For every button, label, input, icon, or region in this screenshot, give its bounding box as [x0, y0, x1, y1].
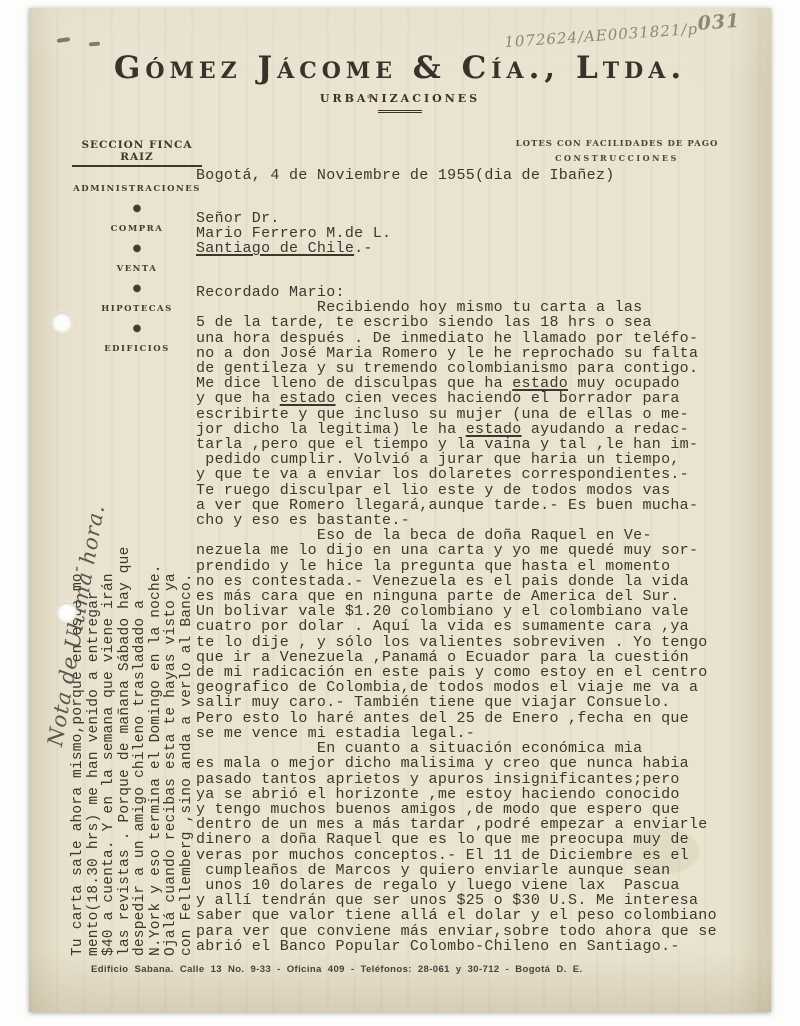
archive-code: 1072624/AE0031821/p — [504, 20, 699, 51]
body-line: es mala o mejor dicho malisima y creo qu… — [196, 756, 717, 771]
body-line: En cuanto a situación económica mia — [196, 741, 717, 756]
body-line: y tengo muchos buenos amigos ,de modo qu… — [196, 802, 717, 817]
service-item: COMPRA — [111, 224, 164, 234]
body-line: es más cara que en ninguna parte de Amer… — [196, 589, 717, 604]
bullet-separator: ● — [133, 285, 142, 293]
body-line: de gentileza y su tremendo colombianismo… — [196, 361, 717, 376]
body-line: cuatro por dolar . Aquí la vida es sumam… — [196, 619, 717, 634]
pencil-archive-annotation: 1072624/AE0031821/p031 — [504, 14, 742, 52]
body-line: cho y eso es bastante.- — [196, 513, 717, 528]
body-line: dinero a doña Raquel que es lo que me pr… — [196, 832, 717, 847]
subtitle-divider — [378, 110, 422, 113]
body-line: salir muy caro.- También tiene que viaja… — [196, 695, 717, 710]
body-line: pedido cumplir. Volvió a jurar que haria… — [196, 452, 717, 467]
service-item: EDIFICIOS — [104, 344, 170, 354]
body-line: te lo dije , y sólo los valientes sobrev… — [196, 635, 717, 650]
recipient-address: Señor Dr.Mario Ferrero M.de L.Santiago d… — [196, 211, 391, 257]
page-number: 031 — [697, 10, 741, 35]
service-item: HIPOTECAS — [101, 304, 173, 314]
margin-note-line: $40 a cuenta. Y en la semana que viene i… — [102, 486, 118, 956]
paper-sheet: 1072624/AE0031821/p031 Gómez Jácome & Cí… — [29, 8, 771, 1012]
body-line: jor dicho la legitima) le ha estado ayud… — [196, 422, 717, 437]
tagline-line1: LOTES CON FACILIDADES DE PAGO — [497, 139, 737, 149]
body-line: geografico de Colombia,de todos modos el… — [196, 680, 717, 695]
salutation: Recordado Mario: — [196, 285, 717, 300]
recipient-line: Santiago de Chile.- — [196, 241, 391, 256]
body-line: veras por muchos conceptos.- El 11 de Di… — [196, 848, 717, 863]
body-line: saber que valor tiene allá el dolar y el… — [196, 908, 717, 923]
service-item: ADMINISTRACIONES — [73, 184, 201, 194]
body-line: Me dice lleno de disculpas que ha estado… — [196, 376, 717, 391]
letterhead-footer-address: Edificio Sabana. Calle 13 No. 9-33 - Ofi… — [91, 964, 741, 975]
margin-note-line: despedir a un amigo chileno trasladado a — [133, 486, 149, 956]
company-subtitle: URBANIZACIONES — [29, 92, 771, 105]
margin-note-line: N.York y eso termina el Domingo en la no… — [149, 486, 165, 956]
recipient-line: Mario Ferrero M.de L. — [196, 226, 391, 241]
body-line: ya se abrió el horizonte ,me estoy hacie… — [196, 787, 717, 802]
bullet-separator: ● — [133, 245, 142, 253]
body-line: cumpleaños de Marcos y quiero enviarle a… — [196, 863, 717, 878]
ink-smudge — [57, 37, 70, 43]
body-line: no a don José Maria Romero y le he repro… — [196, 346, 717, 361]
body-line: Pero esto lo haré antes del 25 de Enero … — [196, 711, 717, 726]
body-line: y allí tendrán que ser unos $25 o $30 U.… — [196, 893, 717, 908]
body-line: escribirte y que incluso su mujer (una d… — [196, 407, 717, 422]
ink-smudge — [89, 42, 100, 47]
body-line: y que te va a enviar los dolaretes corre… — [196, 467, 717, 482]
body-line: Recibiendo hoy mismo tu carta a las — [196, 300, 717, 315]
recipient-line: Señor Dr. — [196, 211, 391, 226]
services-list: ADMINISTRACIONES●COMPRA●VENTA●HIPOTECAS●… — [72, 184, 202, 354]
body-line: 5 de la tarde, te escribo siendo las 18 … — [196, 315, 717, 330]
service-item: VENTA — [117, 264, 158, 274]
bullet-separator: ● — [133, 205, 142, 213]
margin-note-line: mento(18.30 hrs) me han venido a entrega… — [87, 486, 103, 956]
body-line: y que ha estado cien veces haciendo el b… — [196, 391, 717, 406]
margin-note-line: Ojalá cuando recibas esta te hayas visto… — [164, 486, 180, 956]
margin-note-line: Tu carta sale ahora mismo,porque en este… — [71, 486, 87, 956]
body-line: para ver que conviene más enviar,sobre t… — [196, 924, 717, 939]
body-line: nezuela me lo dijo en una carta y yo me … — [196, 543, 717, 558]
tagline: LOTES CON FACILIDADES DE PAGO CONSTRUCCI… — [497, 139, 737, 163]
body-line: se me vence mi estadia legal.- — [196, 726, 717, 741]
dateline: Bogotá, 4 de Noviembre de 1955(dia de Ib… — [196, 168, 615, 183]
company-name: Gómez Jácome & Cía., Ltda. — [29, 50, 771, 86]
scanned-letter-page: 1072624/AE0031821/p031 Gómez Jácome & Cí… — [0, 0, 800, 1026]
body-paragraphs: Recibiendo hoy mismo tu carta a las5 de … — [196, 300, 717, 954]
body-line: abrió el Banco Popular Colombo-Chileno e… — [196, 939, 717, 954]
body-line: pasado tantos aprietos y apuros insignif… — [196, 772, 717, 787]
body-line: prendido y le hice la pregunta que hasta… — [196, 559, 717, 574]
letter-body: Recordado Mario: Recibiendo hoy mismo tu… — [196, 285, 717, 954]
body-line: que ir a Venezuela ,Panamá o Ecuador par… — [196, 650, 717, 665]
body-line: no es contestada.- Venezuela es el pais … — [196, 574, 717, 589]
body-line: una hora después . De inmediato he llama… — [196, 331, 717, 346]
punch-hole — [52, 312, 72, 332]
section-finca-raiz-heading: SECCION FINCA RAIZ — [72, 139, 202, 167]
typed-margin-note: Tu carta sale ahora mismo,porque en este… — [71, 486, 195, 956]
bullet-separator: ● — [133, 325, 142, 333]
body-line: unos 10 dolares de regalo y luego viene … — [196, 878, 717, 893]
margin-note-line: con Fellemberg ,sino anda a verlo al Ban… — [180, 486, 196, 956]
body-line: Un bolivar vale $1.20 colombiano y el co… — [196, 604, 717, 619]
body-line: a ver que Romero llegará,aunque tarde.- … — [196, 498, 717, 513]
punch-hole — [57, 602, 77, 622]
margin-note-line: las revistas . Porque de mañana Sábado h… — [118, 486, 134, 956]
body-line: Eso de la beca de doña Raquel en Ve- — [196, 528, 717, 543]
body-line: Te ruego disculpar el lio este y de todo… — [196, 483, 717, 498]
paper-speck — [367, 94, 374, 99]
body-line: tarla ,pero que el tiempo y la vaina y t… — [196, 437, 717, 452]
tagline-line2: CONSTRUCCIONES — [497, 153, 737, 163]
body-line: dentro de un mes a más tardar ,podré emp… — [196, 817, 717, 832]
body-line: de mi radicación en este pais y como est… — [196, 665, 717, 680]
